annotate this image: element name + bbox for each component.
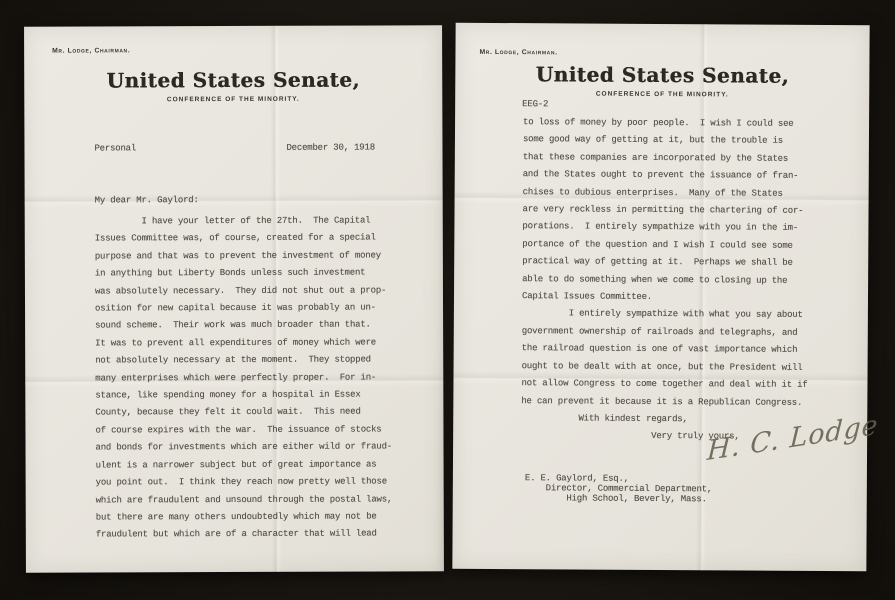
typed-line: It was to prevent all expenditures of mo… [95, 334, 392, 352]
typed-line: that these companies are incorporated by… [523, 149, 809, 168]
typed-line: sound scheme. Their work was much broade… [95, 317, 392, 335]
typed-line: to loss of money by poor people. I wish … [523, 114, 809, 133]
letterhead-subtitle: CONFERENCE OF THE MINORITY. [24, 95, 442, 103]
typed-line: County, because they felt it could wait.… [95, 404, 392, 422]
typed-line: I entirely sympathize with what you say … [522, 306, 808, 325]
typed-line: ought to be dealt with at once, but the … [522, 358, 808, 377]
letterhead-subtitle: CONFERENCE OF THE MINORITY. [455, 90, 869, 100]
typed-line: he can prevent it because it is a Republ… [521, 393, 807, 412]
typed-line: not absolutely necessary at the moment. … [95, 352, 392, 370]
typed-line: ulent is a narrower subject but of great… [96, 456, 393, 474]
typed-line: Capital Issues Committee. [522, 288, 808, 307]
typed-line: osition for new capital because it was p… [95, 299, 392, 317]
typed-line: the railroad question is one of vast imp… [522, 340, 808, 359]
typed-line: High School, Beverly, Mass. [525, 494, 712, 505]
typed-line: government ownership of railroads and te… [522, 323, 808, 342]
letterhead-chairman: Mr. Lodge, Chairman. [52, 47, 130, 54]
typed-line: portance of the question and I wish I co… [522, 236, 808, 255]
letter-body-page-2: to loss of money by poor people. I wish … [521, 114, 809, 446]
typed-line: you point out. I think they reach now pr… [96, 474, 393, 492]
typed-line: and the States ought to prevent the issu… [523, 166, 809, 185]
typed-line: and bonds for investments which are eith… [95, 439, 392, 457]
recipient-address: E. E. Gaylord, Esq., Director, Commercia… [525, 473, 712, 505]
typed-line: but there are many others undoubtedly wh… [96, 508, 393, 526]
typed-line: porations. I entirely sympathize with yo… [522, 219, 808, 238]
typed-line: many enterprises which were perfectly pr… [95, 369, 392, 387]
typed-line: practical way of getting at it. Perhaps … [522, 253, 808, 272]
typed-line: I have your letter of the 27th. The Capi… [95, 212, 392, 230]
typed-line: fraudulent but which are of a character … [96, 526, 393, 544]
typed-line: was absolutely necessary. They did not s… [95, 282, 392, 300]
typed-line: which are fraudulent and unsound through… [96, 491, 393, 509]
personal-label: Personal [94, 143, 136, 153]
typed-line: not allow Congress to come together and … [521, 375, 807, 394]
typed-line: of course expires with the war. The issu… [95, 421, 392, 439]
letterhead-chairman: Mr. Lodge, Chairman. [479, 49, 557, 56]
typed-line: are very reckless in permitting the char… [522, 201, 808, 220]
letter-page-1: Mr. Lodge, Chairman. United States Senat… [24, 25, 444, 572]
typed-line: Issues Committee was, of course, created… [95, 230, 392, 248]
typed-line: in anything but Liberty Bonds unless suc… [95, 265, 392, 283]
letterhead-title: United States Senate, [455, 62, 869, 89]
letterhead-title: United States Senate, [24, 67, 442, 92]
typed-line: purpose and that was to prevent the inve… [95, 247, 392, 265]
typed-line: able to do something when we come to clo… [522, 271, 808, 290]
letter-body-page-1: I have your letter of the 27th. The Capi… [95, 212, 393, 544]
salutation: My dear Mr. Gaylord: [95, 195, 199, 205]
typed-line: stance, like spending money for a hospit… [95, 387, 392, 405]
date-line: December 30, 1918 [286, 143, 374, 153]
page-reference: EEG-2 [522, 99, 548, 109]
typed-line: some good way of getting at it, but the … [523, 132, 809, 151]
letter-page-2: Mr. Lodge, Chairman. United States Senat… [452, 23, 869, 572]
photo-background: Mr. Lodge, Chairman. United States Senat… [0, 0, 895, 600]
typed-line: chises to dubious enterprises. Many of t… [523, 184, 809, 203]
